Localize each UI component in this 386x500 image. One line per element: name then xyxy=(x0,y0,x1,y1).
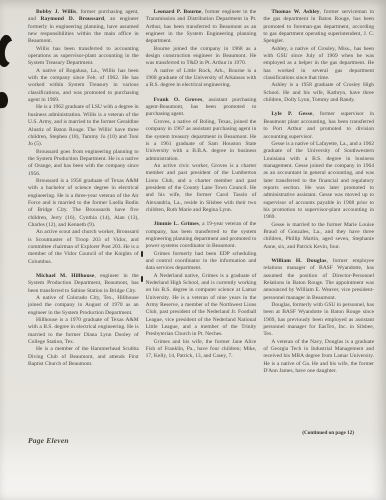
article-paragraph: An active scout and church worker, Brous… xyxy=(28,229,139,266)
article-paragraph: Lyle P. Gesse, former supervisor in Beau… xyxy=(263,111,374,140)
article-paragraph: Ashley is a 1958 graduate of Crosley Hig… xyxy=(263,82,374,104)
article-paragraph: Douglas, formerly with GSU in personnel,… xyxy=(263,302,374,339)
text-column-2: Leonard P. Bourne, former engineer in th… xyxy=(146,9,257,441)
article-paragraph: Hillhouse is a 1970 graduate of Texas A&… xyxy=(28,317,139,346)
article-paragraph: A native of Little Rock, Ark., Bourne is… xyxy=(146,68,257,90)
article-paragraph: Gesse is married to the former Marie Lou… xyxy=(263,222,374,251)
article-paragraph: Michael M. Hillhouse, engineer in the Sy… xyxy=(28,273,139,295)
article-paragraph: An active civic worker, Groves is a char… xyxy=(146,163,257,214)
text-column-3: Thomas W. Ashley, former serviceman in t… xyxy=(263,9,374,441)
article-paragraph: Willis has been transferred to accountin… xyxy=(28,46,139,68)
article-paragraph: Thomas W. Ashley, former serviceman in t… xyxy=(263,9,374,46)
article-paragraph: Bobby J. Willis, former purchasing agent… xyxy=(28,9,139,46)
article-paragraph: A native of Bogalusa, La., Willis has be… xyxy=(28,68,139,105)
article-paragraph: Grimes formerly had been EDP scheduling … xyxy=(146,251,257,273)
scan-artifact-ink-blot xyxy=(0,91,9,108)
article-paragraph: Groves, a native of Boling, Texas, joine… xyxy=(146,119,257,163)
article-paragraph: Bourne joined the company in 1968 as a d… xyxy=(146,46,257,68)
article-paragraph: A native of Colorado City, Tex., Hillhou… xyxy=(28,295,139,317)
article-paragraph: William H. Douglas, former employee rela… xyxy=(263,258,374,302)
article-paragraph: Gesse is a native of Lafayette, La., and… xyxy=(263,141,374,222)
article-paragraph: A Nederland native, Grimes is a graduate… xyxy=(146,273,257,339)
page-number: Page Eleven xyxy=(28,436,69,445)
article-paragraph: He is a member of the Hammerhead Scubba … xyxy=(28,346,139,368)
scan-artifact-dash xyxy=(141,251,143,257)
article-paragraph: Jimmie L. Grimes, a 19-year veteran of t… xyxy=(146,221,257,250)
scanned-newsletter-page: Bobby J. Willis, former purchasing agent… xyxy=(0,0,386,500)
article-paragraph: Frank O. Groves, assistant purchasing ag… xyxy=(146,97,257,119)
article-paragraph: Broussard goes from engineering planning… xyxy=(28,149,139,178)
article-paragraph: Grimes and his wife, the former Jane Ali… xyxy=(146,339,257,361)
scan-artifact-binding-mark xyxy=(0,34,15,68)
continued-note: (Continued on page 12) xyxy=(302,430,354,436)
text-columns: Bobby J. Willis, former purchasing agent… xyxy=(28,9,374,441)
scan-artifact-dash xyxy=(141,276,143,282)
article-paragraph: A veteran of the Navy, Douglas is a grad… xyxy=(263,339,374,376)
article-paragraph: Broussard is a 1956 graduate of Texas A&… xyxy=(28,178,139,229)
text-column-1: Bobby J. Willis, former purchasing agent… xyxy=(28,9,139,441)
article-paragraph: Ashley, a native of Crosley, Miss., has … xyxy=(263,46,374,83)
article-paragraph: Leonard P. Bourne, former engineer in th… xyxy=(146,9,257,46)
article-paragraph: He is a 1962 graduate of LSU with a degr… xyxy=(28,104,139,148)
